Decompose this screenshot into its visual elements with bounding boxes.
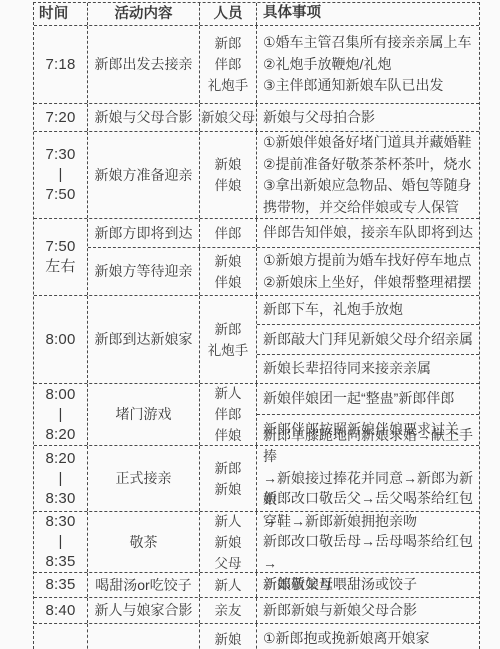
header-time: 时间 <box>34 3 88 25</box>
header-personnel: 人员 <box>200 3 257 25</box>
personnel-cell: 伴郎 <box>200 219 257 247</box>
time-cell <box>34 624 88 649</box>
personnel-cell: 新郎 礼炮手 <box>200 296 257 383</box>
personnel-cell: 亲友 <box>200 598 257 623</box>
personnel-cell: 新娘 <box>200 624 257 649</box>
table-row: 8:00 新郎到达新娘家 新郎 礼炮手 新郎下车，礼炮手放炮 新郎敲大门拜见新娘… <box>34 296 479 384</box>
activity-cell: 新郎方即将到达 <box>88 219 200 247</box>
merged-subrows: 新郎方即将到达 伴郎 伴郎告知伴娘，接亲车队即将到达 新娘方等待迎亲 新娘 伴娘… <box>88 219 479 295</box>
time-cell: 7:20 <box>34 104 88 131</box>
activity-cell: 新郎到达新娘家 <box>88 296 200 383</box>
details-cell: 新郎改口敬岳父→岳父喝茶给红包→ 新郎改口敬岳母→岳母喝茶给红包→ 新娘敬父母 <box>257 512 479 572</box>
time-cell: 7:18 <box>34 26 88 103</box>
details-subcell: 新郎敲大门拜见新娘父母介绍亲属 <box>257 325 479 354</box>
sub-row: 新郎方即将到达 伴郎 伴郎告知伴娘，接亲车队即将到达 <box>88 219 479 248</box>
details-cell: ①婚车主管召集所有接亲亲属上车 ②礼炮手放鞭炮/礼炮 ③主伴郎通知新娘车队已出发 <box>257 26 479 103</box>
time-cell: 8:20 | 8:30 <box>34 446 88 511</box>
table-row: 7:30 | 7:50 新娘方准备迎亲 新娘 伴娘 ①新娘伴娘备好堵门道具并藏婚… <box>34 132 479 219</box>
personnel-cell: 新娘 伴娘 <box>200 132 257 218</box>
table-row: 8:40 新人与娘家合影 亲友 新郎新娘与新娘父母合影 <box>34 598 479 624</box>
activity-cell: 新人与娘家合影 <box>88 598 200 623</box>
personnel-cell: 新人 新娘 父母 <box>200 512 257 572</box>
details-stack: 新郎下车，礼炮手放炮 新郎敲大门拜见新娘父母介绍亲属 新娘长辈招待同来接亲亲属 <box>257 296 479 383</box>
activity-cell: 正式接亲 <box>88 446 200 511</box>
activity-cell: 新郎出发去接亲 <box>88 26 200 103</box>
details-cell: ①新娘方提前为婚车找好停车地点 ②新娘床上坐好，伴娘帮整理裙摆 <box>257 248 479 295</box>
header-activity: 活动内容 <box>88 3 200 25</box>
details-subcell: 新郎下车，礼炮手放炮 <box>257 296 479 325</box>
table-row: 7:18 新郎出发去接亲 新郎 伴郎 礼炮手 ①婚车主管召集所有接亲亲属上车 ②… <box>34 26 479 104</box>
details-subcell: 新娘伴娘团一起“整蛊”新郎伴郎 <box>257 384 479 415</box>
activity-cell: 喝甜汤or吃饺子 <box>88 573 200 597</box>
table-row: 新娘 ①新郎抱或挽新娘离开娘家 <box>34 624 479 649</box>
time-cell: 8:30 | 8:35 <box>34 512 88 572</box>
activity-cell: 新娘与父母合影 <box>88 104 200 131</box>
personnel-cell: 新郎 伴郎 礼炮手 <box>200 26 257 103</box>
time-cell: 8:00 | 8:20 <box>34 384 88 445</box>
activity-cell: 敬茶 <box>88 512 200 572</box>
personnel-cell: 新郎 新娘 <box>200 446 257 511</box>
personnel-cell: 新人 <box>200 573 257 597</box>
details-cell: 新娘与父母拍合影 <box>257 104 479 131</box>
table-header-row: 时间 活动内容 人员 具体事项 <box>34 3 479 26</box>
time-cell: 8:00 <box>34 296 88 383</box>
personnel-cell: 新娘 伴娘 <box>200 248 257 295</box>
time-cell: 7:50 左右 <box>34 219 88 295</box>
activity-cell: 新娘方等待迎亲 <box>88 248 200 295</box>
activity-cell <box>88 624 200 649</box>
activity-cell: 新娘方准备迎亲 <box>88 132 200 218</box>
table-row: 8:30 | 8:35 敬茶 新人 新娘 父母 新郎改口敬岳父→岳父喝茶给红包→… <box>34 512 479 573</box>
personnel-cell: 新人 伴郎 伴娘 <box>200 384 257 445</box>
time-cell: 8:35 <box>34 573 88 597</box>
time-cell: 7:30 | 7:50 <box>34 132 88 218</box>
details-cell: ①新娘伴娘备好堵门道具并藏婚鞋 ②提前准备好敬茶茶杯茶叶，烧水 ③拿出新娘应急物… <box>257 132 479 218</box>
table-row: 8:35 喝甜汤or吃饺子 新人 新郎新娘互喂甜汤或饺子 <box>34 573 479 598</box>
personnel-cell: 新娘父母 <box>200 104 257 131</box>
time-cell: 8:40 <box>34 598 88 623</box>
details-cell: ①新郎抱或挽新娘离开娘家 <box>257 624 479 649</box>
activity-cell: 堵门游戏 <box>88 384 200 445</box>
table-row: 7:20 新娘与父母合影 新娘父母 新娘与父母拍合影 <box>34 104 479 132</box>
details-subcell: 新娘长辈招待同来接亲亲属 <box>257 355 479 383</box>
details-cell: 新郎新娘互喂甜汤或饺子 <box>257 573 479 597</box>
details-cell: 新郎新娘与新娘父母合影 <box>257 598 479 623</box>
details-cell: 伴郎告知伴娘，接亲车队即将到达 <box>257 219 479 247</box>
wedding-schedule-table: 时间 活动内容 人员 具体事项 7:18 新郎出发去接亲 新郎 伴郎 礼炮手 ①… <box>33 2 480 649</box>
sub-row: 新娘方等待迎亲 新娘 伴娘 ①新娘方提前为婚车找好停车地点 ②新娘床上坐好，伴娘… <box>88 248 479 295</box>
table-row-merged-time: 7:50 左右 新郎方即将到达 伴郎 伴郎告知伴娘，接亲车队即将到达 新娘方等待… <box>34 219 479 296</box>
header-details: 具体事项 <box>257 3 479 25</box>
